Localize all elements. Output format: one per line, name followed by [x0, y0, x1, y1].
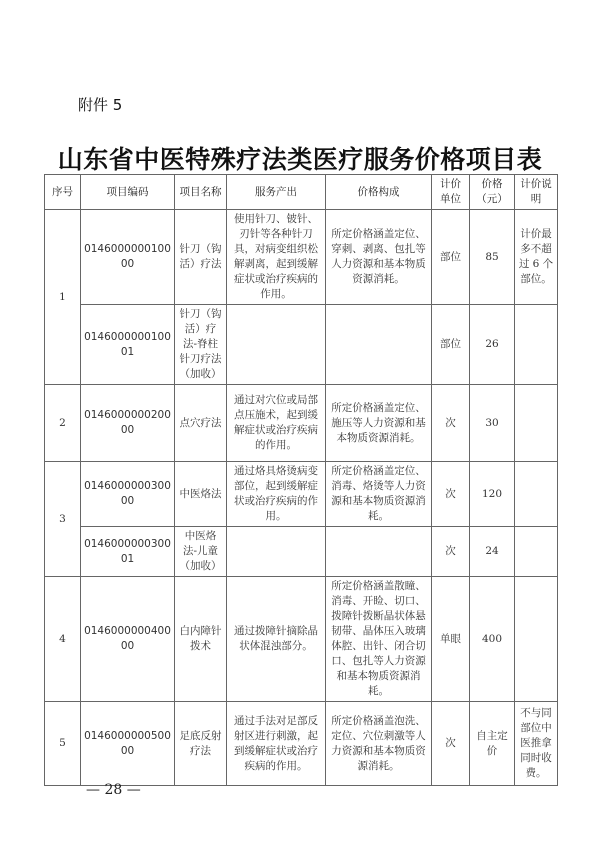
cell-unit: 次 — [432, 702, 470, 786]
cell-price: 400 — [470, 577, 515, 702]
cell-unit: 次 — [432, 462, 470, 527]
cell-note — [515, 577, 558, 702]
cell-name: 足底反射疗法 — [175, 702, 227, 786]
cell-composition — [326, 305, 432, 385]
cell-seq: 4 — [45, 577, 81, 702]
table-row: 014600000030001 中医烙法-儿童（加收） 次 24 — [45, 527, 558, 577]
cell-composition: 所定价格涵盖定位、穿刺、剥离、包扎等人力资源和基本物质资源消耗。 — [326, 210, 432, 305]
table-row: 3 014600000030000 中医烙法 通过烙具烙烫病变部位，起到缓解症状… — [45, 462, 558, 527]
cell-note — [515, 305, 558, 385]
cell-note: 计价最多不超过 6 个部位。 — [515, 210, 558, 305]
cell-code: 014600000020000 — [81, 385, 175, 462]
cell-code: 014600000050000 — [81, 702, 175, 786]
cell-name: 中医烙法 — [175, 462, 227, 527]
cell-name: 针刀（钩活）疗法 — [175, 210, 227, 305]
header-note: 计价说明 — [515, 175, 558, 210]
header-name: 项目名称 — [175, 175, 227, 210]
cell-unit: 次 — [432, 385, 470, 462]
cell-name: 中医烙法-儿童（加收） — [175, 527, 227, 577]
cell-service: 使用针刀、铍针、刃针等各种针刀具，对病变组织松解剥离，起到缓解症状或治疗疾病的作… — [227, 210, 326, 305]
document-title: 山东省中医特殊疗法类医疗服务价格项目表 — [0, 140, 600, 176]
cell-composition: 所定价格涵盖散瞳、消毒、开睑、切口、拨障针拨断晶状体悬韧带、晶体压入玻璃体腔、出… — [326, 577, 432, 702]
cell-code: 014600000010001 — [81, 305, 175, 385]
cell-price: 85 — [470, 210, 515, 305]
cell-name: 点穴疗法 — [175, 385, 227, 462]
header-code: 项目编码 — [81, 175, 175, 210]
cell-seq: 3 — [45, 462, 81, 577]
table-row: 4 014600000040000 白内障针拨术 通过拨障针摘除晶状体混浊部分。… — [45, 577, 558, 702]
table-row: 1 014600000010000 针刀（钩活）疗法 使用针刀、铍针、刃针等各种… — [45, 210, 558, 305]
cell-code: 014600000010000 — [81, 210, 175, 305]
cell-seq: 5 — [45, 702, 81, 786]
cell-name: 针刀（钩活）疗法-脊柱针刀疗法（加收） — [175, 305, 227, 385]
cell-unit: 部位 — [432, 210, 470, 305]
cell-code: 014600000030001 — [81, 527, 175, 577]
header-unit: 计价单位 — [432, 175, 470, 210]
cell-price: 24 — [470, 527, 515, 577]
header-seq: 序号 — [45, 175, 81, 210]
cell-service: 通过烙具烙烫病变部位，起到缓解症状或治疗疾病的作用。 — [227, 462, 326, 527]
cell-price: 30 — [470, 385, 515, 462]
cell-price: 自主定价 — [470, 702, 515, 786]
cell-service: 通过拨障针摘除晶状体混浊部分。 — [227, 577, 326, 702]
cell-composition — [326, 527, 432, 577]
header-composition: 价格构成 — [326, 175, 432, 210]
cell-unit: 单眼 — [432, 577, 470, 702]
table-row: 2 014600000020000 点穴疗法 通过对穴位或局部点压施术，起到缓解… — [45, 385, 558, 462]
page-number: — 28 — — [86, 782, 141, 798]
cell-note — [515, 462, 558, 527]
attachment-label: 附件 5 — [78, 94, 122, 115]
cell-composition: 所定价格涵盖定位、施压等人力资源和基本物质资源消耗。 — [326, 385, 432, 462]
cell-service: 通过对穴位或局部点压施术，起到缓解症状或治疗疾病的作用。 — [227, 385, 326, 462]
table-row: 5 014600000050000 足底反射疗法 通过手法对足部反射区进行刺激，… — [45, 702, 558, 786]
cell-seq: 1 — [45, 210, 81, 385]
cell-unit: 部位 — [432, 305, 470, 385]
cell-code: 014600000030000 — [81, 462, 175, 527]
cell-unit: 次 — [432, 527, 470, 577]
cell-code: 014600000040000 — [81, 577, 175, 702]
cell-price: 26 — [470, 305, 515, 385]
cell-seq: 2 — [45, 385, 81, 462]
table-row: 014600000010001 针刀（钩活）疗法-脊柱针刀疗法（加收） 部位 2… — [45, 305, 558, 385]
cell-service — [227, 305, 326, 385]
cell-note — [515, 385, 558, 462]
cell-note: 不与同部位中医推拿同时收费。 — [515, 702, 558, 786]
table-header-row: 序号 项目编码 项目名称 服务产出 价格构成 计价单位 价格（元） 计价说明 — [45, 175, 558, 210]
cell-price: 120 — [470, 462, 515, 527]
header-service: 服务产出 — [227, 175, 326, 210]
cell-name: 白内障针拨术 — [175, 577, 227, 702]
cell-note — [515, 527, 558, 577]
price-table: 序号 项目编码 项目名称 服务产出 价格构成 计价单位 价格（元） 计价说明 1… — [44, 174, 558, 786]
cell-composition: 所定价格涵盖泡洗、定位、穴位刺激等人力资源和基本物质资源消耗。 — [326, 702, 432, 786]
cell-service — [227, 527, 326, 577]
cell-composition: 所定价格涵盖定位、消毒、烙烫等人力资源和基本物质资源消耗。 — [326, 462, 432, 527]
header-price: 价格（元） — [470, 175, 515, 210]
cell-service: 通过手法对足部反射区进行刺激，起到缓解症状或治疗疾病的作用。 — [227, 702, 326, 786]
